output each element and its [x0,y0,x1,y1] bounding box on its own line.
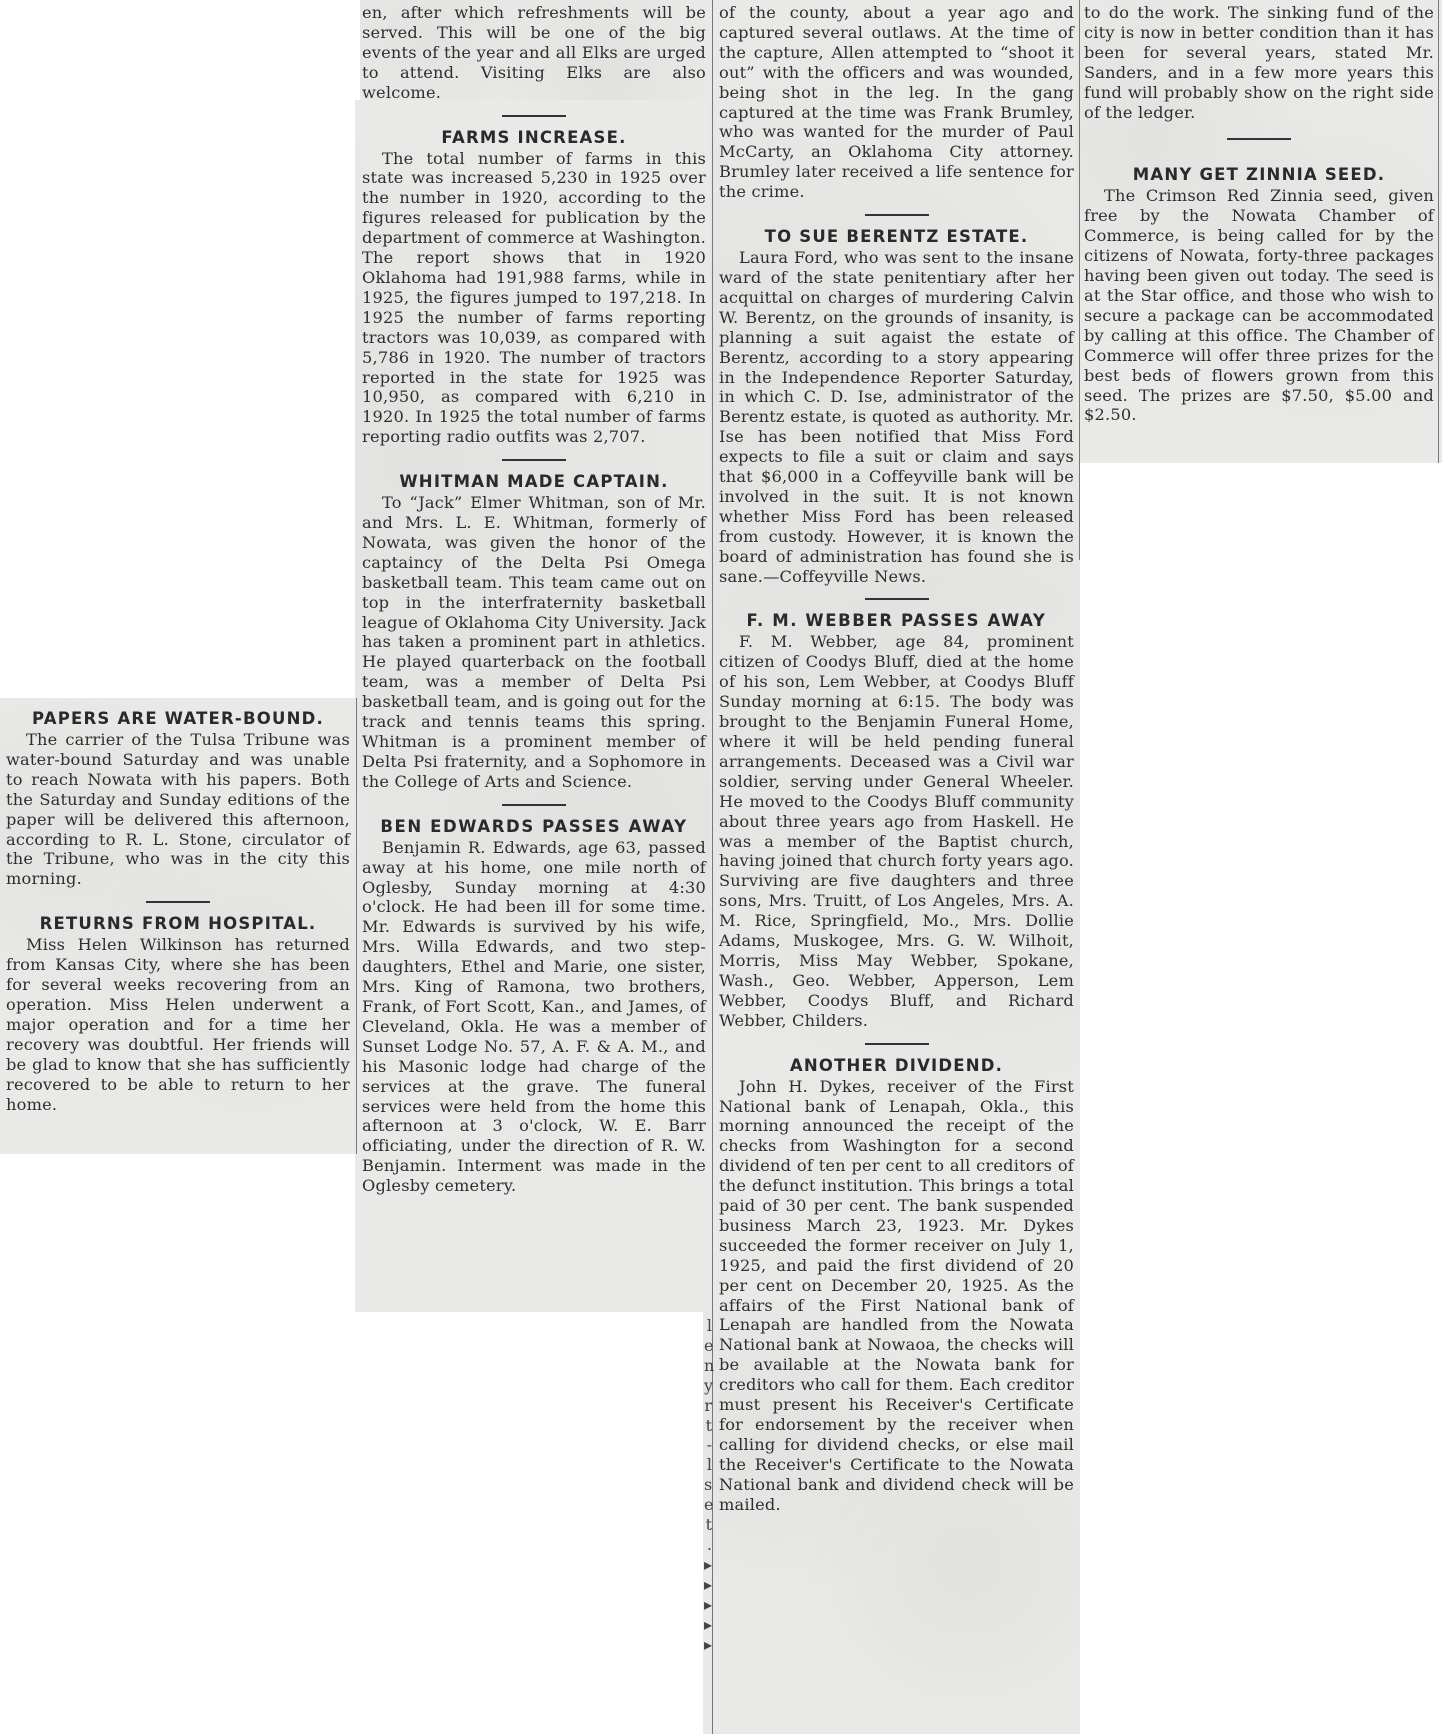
fragment-glyph: t [704,1416,712,1436]
headline: ANOTHER DIVIDEND. [719,1055,1074,1077]
headline: WHITMAN MADE CAPTAIN. [362,471,706,493]
article-another-dividend: ANOTHER DIVIDEND. John H. Dykes, receive… [719,1055,1074,1515]
fragment-glyph: ▸ [704,1635,712,1655]
fragment-glyph: l [704,1455,712,1475]
article-papers-are-water-bound: PAPERS ARE WATER-BOUND. The carrier of t… [6,708,350,889]
section-divider [502,459,566,461]
fragment-glyph: s [704,1475,712,1495]
article-body: F. M. Webber, age 84, prominent citizen … [719,632,1074,1030]
fragment-glyph: ▸ [704,1555,712,1575]
section-divider [865,214,929,216]
fragment-glyph: ▸ [704,1575,712,1595]
headline: MANY GET ZINNIA SEED. [1084,164,1434,186]
fragment-glyph: e [704,1336,712,1356]
column-3: of the county, about a year ago and capt… [719,3,1074,1515]
column-rule [1079,0,1080,560]
column-1: PAPERS ARE WATER-BOUND. The carrier of t… [6,708,350,1114]
column-rule [356,698,357,1154]
article-returns-from-hospital: RETURNS FROM HOSPITAL. Miss Helen Wilkin… [6,913,350,1114]
column-rule [712,0,713,1734]
section-divider [865,598,929,600]
fragment-glyph: t [704,1515,712,1535]
fragment-glyph: ▸ [704,1615,712,1635]
cut-off-column-fragment: lenyrt-lset.▸▸▸▸▸ [704,1316,712,1654]
fragment-glyph: y [704,1376,712,1396]
section-divider [865,1043,929,1045]
article-to-sue-berentz-estate: TO SUE BERENTZ ESTATE. Laura Ford, who w… [719,226,1074,586]
fragment-glyph: - [704,1435,712,1455]
fragment-glyph: ▸ [704,1595,712,1615]
column-4: to do the work. The sinking fund of the … [1084,3,1434,425]
article-body: Miss Helen Wilkinson has returned from K… [6,935,350,1114]
headline: BEN EDWARDS PASSES AWAY [362,816,706,838]
headline: F. M. WEBBER PASSES AWAY [719,610,1074,632]
article-body: To “Jack” Elmer Whitman, son of Mr. and … [362,493,706,792]
fragment-glyph: . [704,1535,712,1555]
column-rule [1438,0,1439,463]
article-body: The Crimson Red Zinnia seed, given free … [1084,186,1434,425]
article-continuation: en, after which refreshments will be ser… [362,3,706,103]
article-continuation: to do the work. The sinking fund of the … [1084,3,1434,122]
fragment-glyph: n [704,1356,712,1376]
fragment-glyph: l [704,1316,712,1336]
article-continuation: of the county, about a year ago and capt… [719,3,1074,202]
article-body: Laura Ford, who was sent to the insane w… [719,248,1074,586]
section-divider [1227,138,1291,140]
article-body: The carrier of the Tulsa Tribune was wat… [6,730,350,889]
article-many-get-zinnia-seed: MANY GET ZINNIA SEED. The Crimson Red Zi… [1084,164,1434,425]
headline: FARMS INCREASE. [362,127,706,149]
article-whitman-made-captain: WHITMAN MADE CAPTAIN. To “Jack” Elmer Wh… [362,471,706,792]
article-farms-increase: FARMS INCREASE. The total number of farm… [362,127,706,448]
section-divider [146,901,210,903]
headline: RETURNS FROM HOSPITAL. [6,913,350,935]
article-ben-edwards-passes-away: BEN EDWARDS PASSES AWAY Benjamin R. Edwa… [362,816,706,1196]
headline: PAPERS ARE WATER-BOUND. [6,708,350,730]
article-body: Benjamin R. Edwards, age 63, passed away… [362,838,706,1196]
section-divider [502,804,566,806]
column-2: en, after which refreshments will be ser… [362,3,706,1196]
section-divider [502,115,566,117]
fragment-glyph: e [704,1495,712,1515]
article-body: John H. Dykes, receiver of the First Nat… [719,1077,1074,1515]
fragment-glyph: r [704,1396,712,1416]
article-body: The total number of farms in this state … [362,149,706,448]
article-fm-webber-passes-away: F. M. WEBBER PASSES AWAY F. M. Webber, a… [719,610,1074,1030]
headline: TO SUE BERENTZ ESTATE. [719,226,1074,248]
